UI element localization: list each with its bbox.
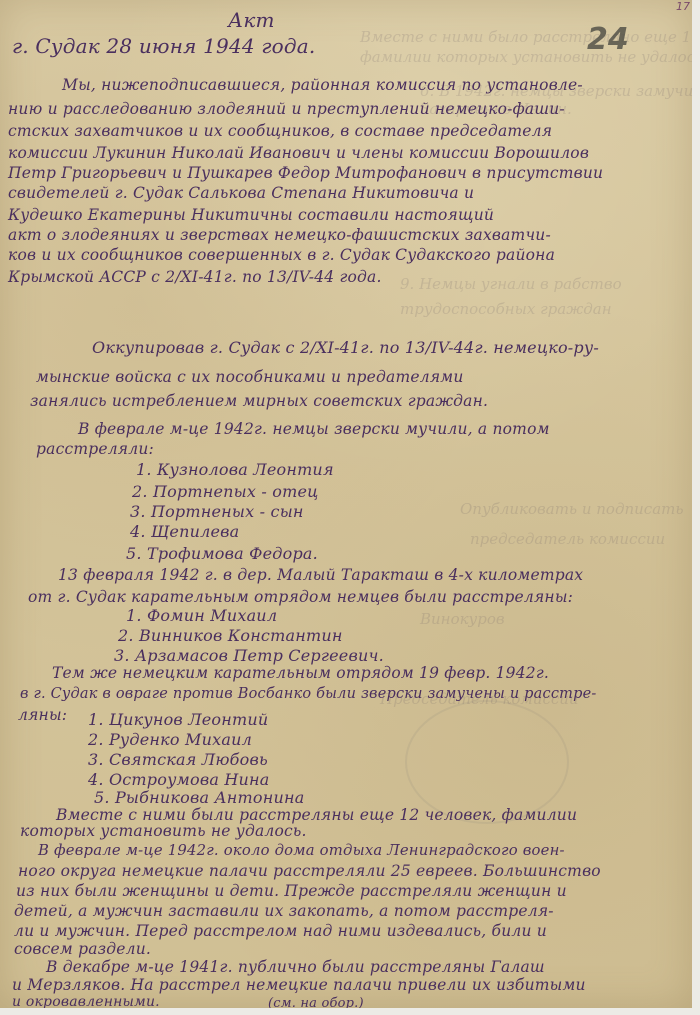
victim-name: 4. Остроумова Нина (88, 770, 270, 789)
item-5-line: В декабре м-це 1941г. публично были расс… (46, 958, 545, 976)
item-2-line: от г. Судак карательным отрядом немцев б… (28, 588, 573, 606)
item-1-line: В феврале м-це 1942г. немцы зверски мучи… (78, 420, 550, 438)
preamble-line: ков и их сообщников совершенных в г. Суд… (8, 246, 555, 264)
preamble-line: комиссии Лукинин Николай Иванович и член… (8, 144, 589, 162)
victim-name: 1. Фомин Михаил (126, 606, 277, 625)
item-4-line: из них были женщины и дети. Прежде расст… (16, 882, 567, 900)
item-3-line: Тем же немецким карательным отрядом 19 ф… (52, 664, 549, 682)
preamble-line: Крымской АССР с 2/XI-41г. по 13/IV-44 го… (8, 268, 382, 286)
victim-name: 1. Кузнолова Леонтия (136, 460, 334, 479)
victim-name: 4. Щепилева (130, 522, 239, 541)
victim-name: 5. Рыбникова Антонина (94, 788, 304, 807)
item-5-line: и окровавленными. (12, 994, 160, 1008)
item-4-line: детей, а мужчин заставили их закопать, а… (14, 902, 554, 920)
preamble-line: Петр Григорьевич и Пушкарев Федор Митроф… (8, 164, 603, 182)
item-4-line: ли и мужчин. Перед расстрелом над ними и… (14, 922, 547, 940)
document-title: Акт (228, 8, 275, 32)
victim-name: 3. Святская Любовь (88, 750, 268, 769)
item-3-after: которых установить не удалось. (20, 822, 307, 840)
bleed-through-text: Винокуров (420, 610, 505, 628)
victim-name: 3. Арзамасов Петр Сергеевич. (114, 646, 384, 665)
preamble-line: Мы, нижеподписавшиеся, районная комиссия… (62, 76, 583, 94)
continued-note: (см. на обор.) (268, 996, 364, 1008)
item-1-line: расстреляли: (36, 440, 154, 458)
item-2-line: 13 февраля 1942 г. в дер. Малый Таракташ… (58, 566, 583, 584)
place-date: г. Судак 28 июня 1944 года. (12, 34, 315, 58)
item-3-line: ляны: (18, 706, 67, 724)
section-intro-line: занялись истреблением мирных советских г… (30, 392, 488, 410)
sheet-number: 17 (676, 0, 690, 13)
bleed-through-text: фамилии которых установить не удалось (360, 48, 692, 66)
victim-name: 5. Трофимова Федора. (126, 544, 318, 563)
victim-name: 3. Портненых - сын (130, 502, 304, 521)
page-number: 24 (587, 22, 629, 57)
bleed-through-text: Опубликовать и подписать (460, 500, 684, 518)
victim-name: 1. Цикунов Леонтий (88, 710, 268, 729)
item-4-line: ного округа немецкие палачи расстреляли … (18, 862, 601, 880)
preamble-line: акт о злодеяниях и зверствах немецко-фаш… (8, 226, 551, 244)
preamble-line: свидетелей г. Судак Салькова Степана Ник… (8, 184, 474, 202)
item-4-line: совсем раздели. (14, 940, 151, 958)
document-page: Вместе с ними было расстреляно еще 11 фа… (0, 0, 692, 1008)
item-5-line: и Мерзляков. На расстрел немецкие палачи… (12, 976, 586, 994)
preamble-line: нию и расследованию злодеяний и преступл… (8, 100, 565, 118)
bleed-through-text: Вместе с ними было расстреляно еще 11 (360, 28, 692, 46)
victim-name: 2. Винников Константин (118, 626, 343, 645)
preamble-line: Кудешко Екатерины Никитичны составили на… (8, 206, 494, 224)
victim-name: 2. Портнenых - отец (132, 482, 319, 501)
item-3-line: в г. Судак в овраге против Восбанко были… (20, 686, 596, 702)
victim-name: 2. Руденко Михаил (88, 730, 252, 749)
bleed-through-text: председатель комиссии (470, 530, 665, 548)
section-intro-line: мынские войска с их пособниками и предат… (36, 368, 464, 386)
preamble-line: стских захватчиков и их сообщников, в со… (8, 122, 552, 140)
section-heading: Оккупировав г. Судак с 2/XI-41г. по 13/I… (92, 338, 599, 357)
bleed-through-text: 9. Немцы угнали в рабство (400, 275, 622, 293)
bleed-through-text: трудоспособных граждан (400, 300, 612, 318)
item-4-line: В феврале м-це 1942г. около дома отдыха … (38, 842, 565, 859)
